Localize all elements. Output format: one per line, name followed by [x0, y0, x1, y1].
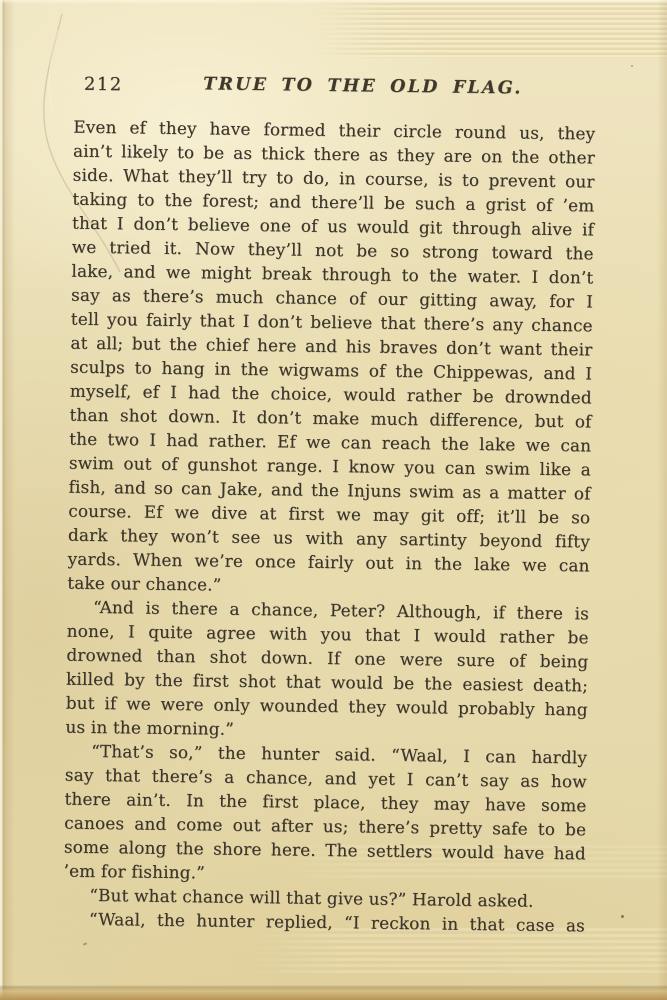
page-edge-bottom	[0, 985, 667, 1000]
body-text: Even ef they have formed their circle ro…	[63, 115, 596, 938]
ink-speck	[631, 65, 633, 67]
ink-speck	[83, 942, 87, 945]
ink-speck	[621, 915, 624, 918]
page-header: 212 TRUE TO THE OLD FLAG.	[73, 73, 596, 122]
page-edge-right	[657, 0, 667, 1000]
scanned-book-page: 212 TRUE TO THE OLD FLAG. Even ef they h…	[0, 0, 667, 1000]
page-content: 212 TRUE TO THE OLD FLAG. Even ef they h…	[63, 73, 596, 938]
running-title: TRUE TO THE OLD FLAG.	[102, 73, 624, 100]
paper-texture-top	[318, 0, 667, 58]
